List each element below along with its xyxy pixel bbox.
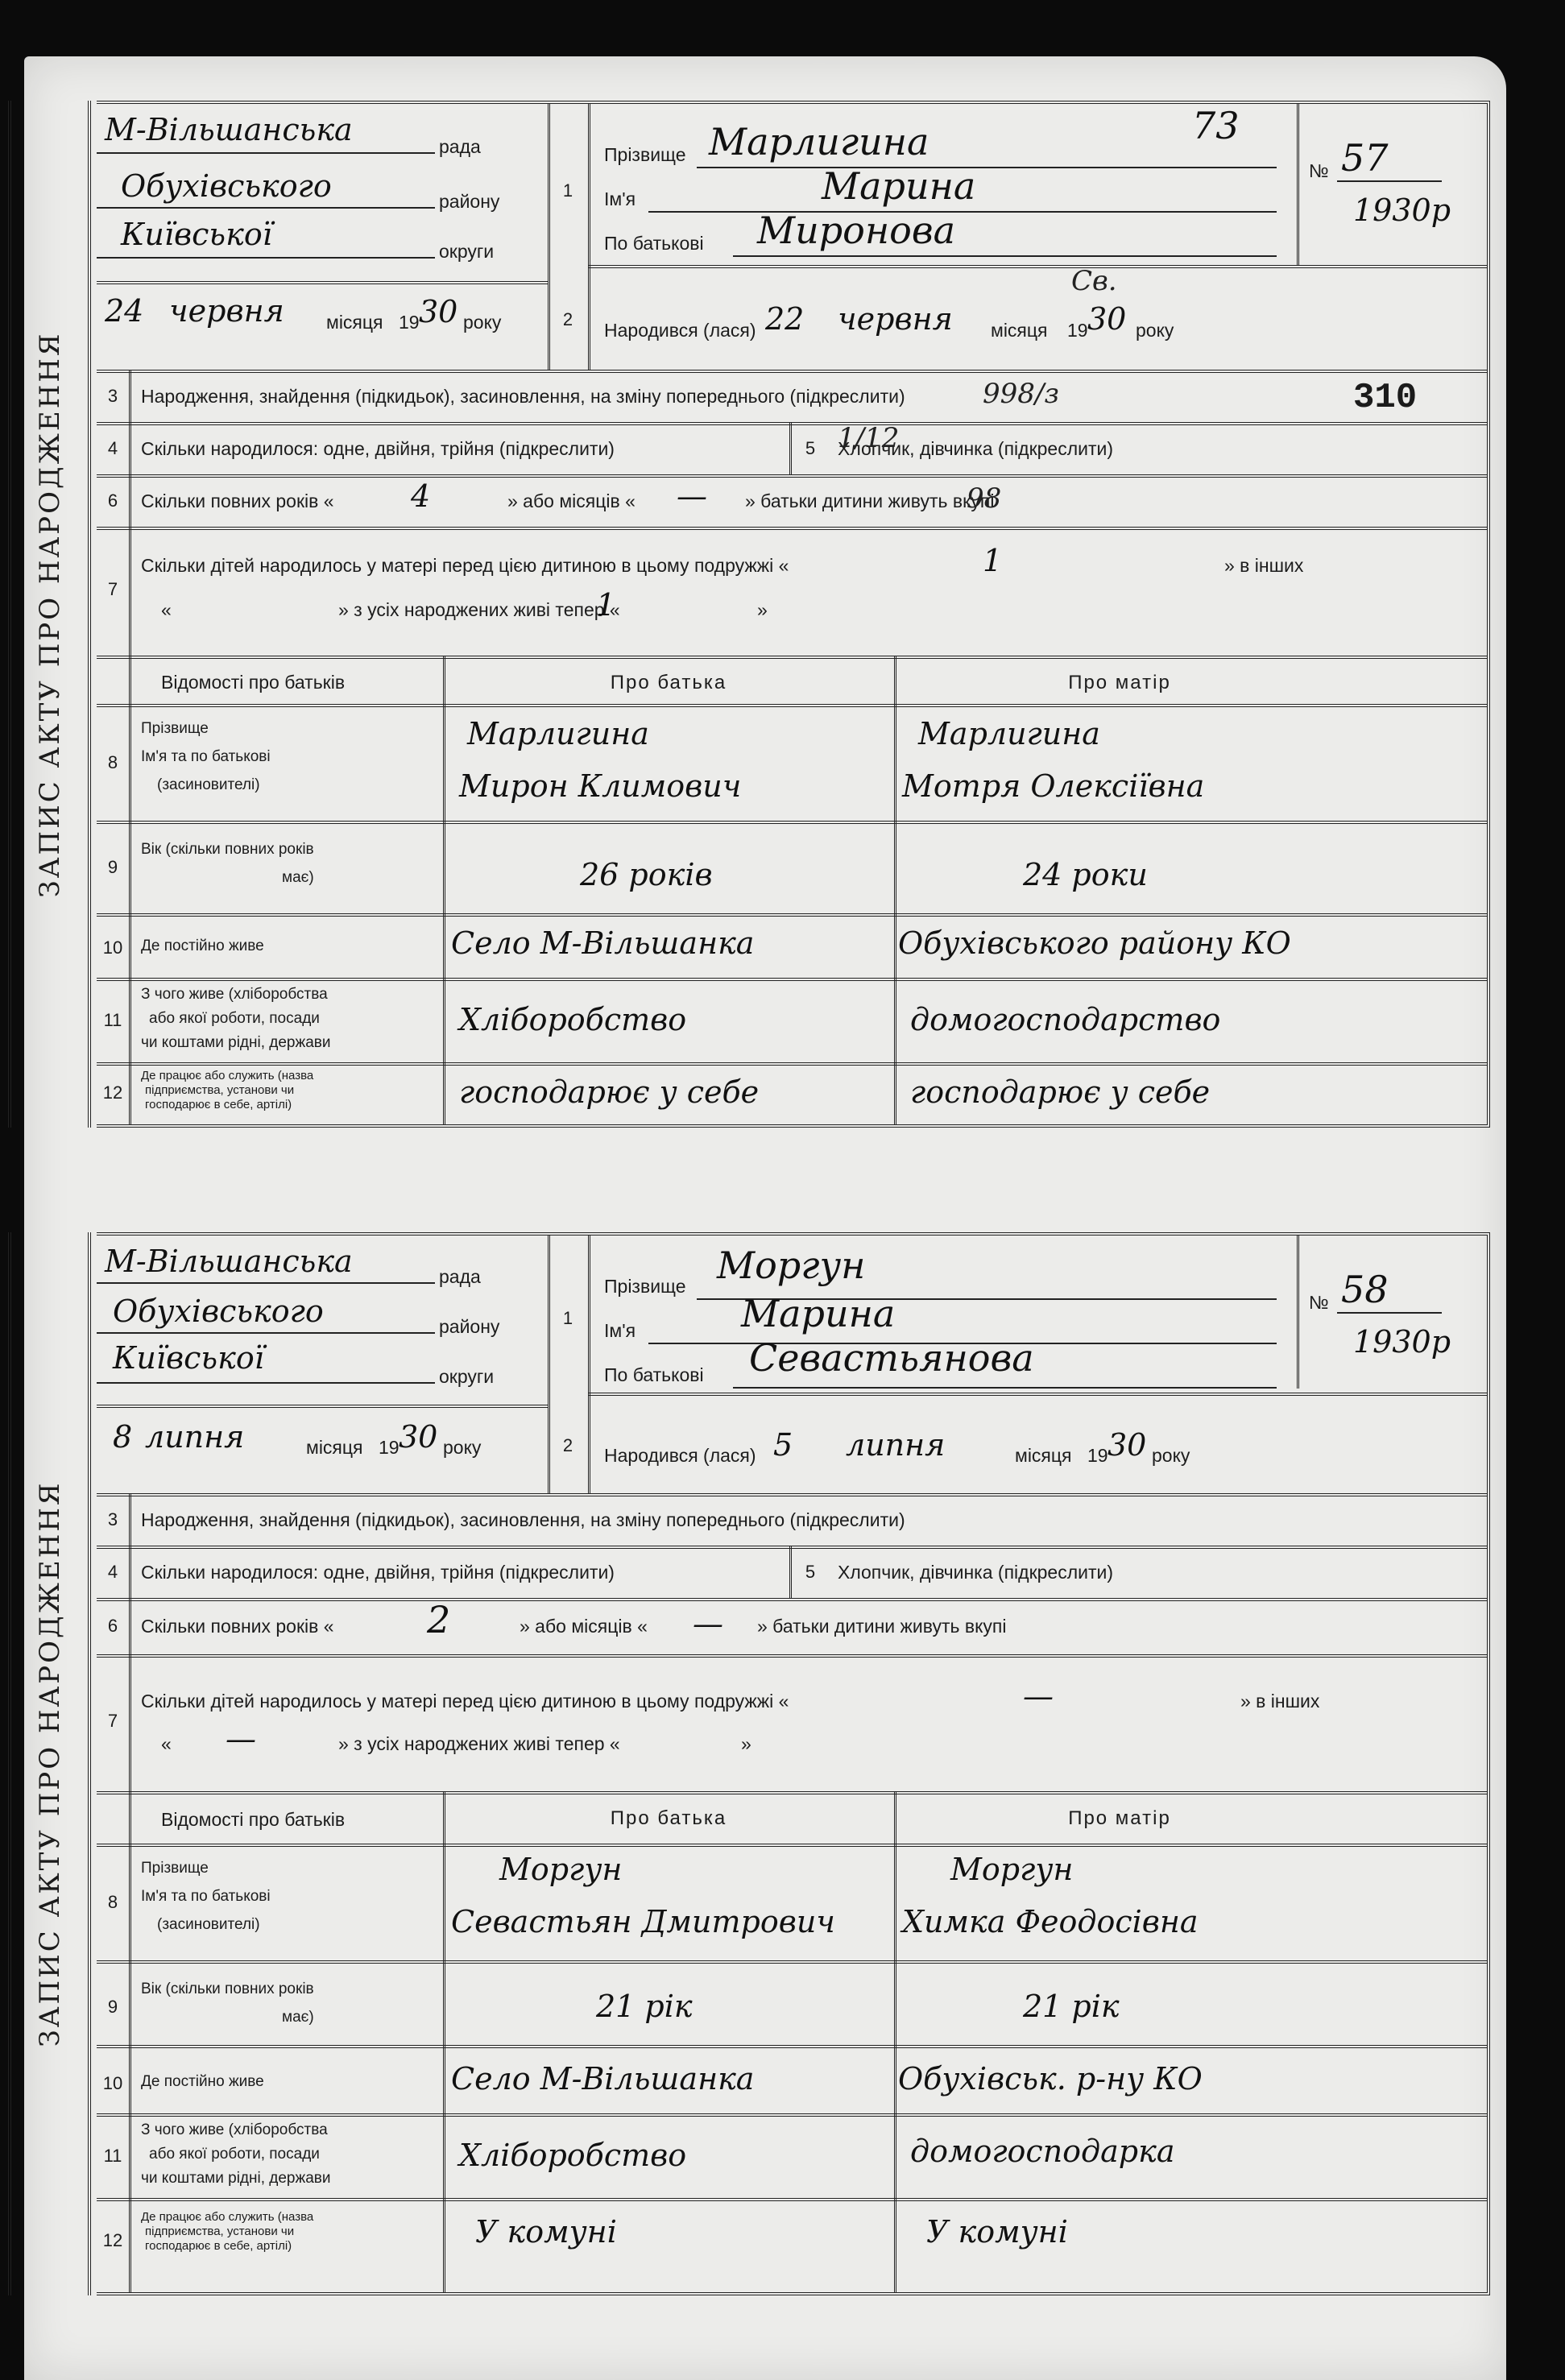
side-title: ЗАПИС АКТУ ПРО НАРОДЖЕННЯ <box>34 1481 66 2047</box>
margin-note-top: 73 <box>1192 104 1240 147</box>
father-workplace: господарює у себе <box>459 1074 759 1110</box>
child-surname: Марлигина <box>709 120 929 163</box>
birth-record-57: ЗАПИС АКТУ ПРО НАРОДЖЕННЯ М-Вільшанська … <box>97 101 1490 1128</box>
mother-occupation: домогосподарка <box>910 2134 1174 2169</box>
mother-name: Химка Феодосівна <box>902 1904 1199 1939</box>
mother-occupation: домогосподарство <box>910 1002 1220 1037</box>
mother-name: Мотря Олексіївна <box>902 768 1204 804</box>
rada-value: М-Вільшанська <box>105 1244 353 1279</box>
father-header: Про батька <box>443 672 894 694</box>
years-together: 4 <box>411 478 430 514</box>
row4-text: Скільки народилося: одне, двійня, трійня… <box>141 438 615 460</box>
registration-day: 8 <box>113 1419 132 1455</box>
side-title-band: ЗАПИС АКТУ ПРО НАРОДЖЕННЯ <box>8 1232 91 2295</box>
record-number-year: 1930р <box>1353 1324 1451 1360</box>
children-alive: 1 <box>596 587 615 623</box>
name-label: Ім'я <box>604 188 636 210</box>
years-together: 2 <box>427 1598 450 1641</box>
father-age: 26 років <box>580 857 713 892</box>
mother-surname: Марлигина <box>918 716 1100 751</box>
born-label: Народився (лася) <box>604 320 756 341</box>
record-table: М-Вільшанська рада Обухівського району К… <box>97 1232 1490 2295</box>
birth-year: 30 <box>1087 301 1126 337</box>
child-name: Марина <box>741 1292 895 1335</box>
children-before: 1 <box>983 543 1002 578</box>
father-occupation: Хліборобство <box>459 1002 686 1037</box>
children-other: — <box>226 1721 256 1757</box>
child-patronymic: Миронова <box>757 209 955 252</box>
mother-header: Про матір <box>894 672 1345 694</box>
registration-month: липня <box>145 1419 244 1455</box>
father-residence: Село М-Вільшанка <box>451 2061 754 2096</box>
rada-value: М-Вільшанська <box>105 112 353 147</box>
rada-label: рада <box>439 136 481 158</box>
mother-residence: Обухівськ. р-ну КО <box>898 2061 1203 2096</box>
father-surname: Моргун <box>499 1852 622 1887</box>
record-table: М-Вільшанська рада Обухівського району К… <box>97 101 1490 1128</box>
month-label: місяця <box>326 312 383 333</box>
birth-month: липня <box>846 1427 945 1463</box>
mother-age: 24 роки <box>1023 857 1148 892</box>
child-surname: Моргун <box>717 1244 865 1287</box>
father-workplace: У комуні <box>475 2214 617 2250</box>
months-together: — <box>693 1606 723 1641</box>
okruha-value: Київської <box>113 1340 264 1376</box>
mother-workplace: У комуні <box>926 2214 1068 2250</box>
registration-year: 30 <box>399 1419 437 1455</box>
record-number: 58 <box>1341 1268 1389 1311</box>
record-number-year: 1930р <box>1353 192 1451 228</box>
father-occupation: Хліборобство <box>459 2138 686 2173</box>
side-title-band: ЗАПИС АКТУ ПРО НАРОДЖЕННЯ <box>8 101 91 1128</box>
margin-note: Св. <box>1071 265 1117 297</box>
father-age: 21 рік <box>596 1989 693 2024</box>
registration-month: червня <box>169 293 284 329</box>
mother-workplace: господарює у себе <box>910 1074 1210 1110</box>
children-before: — <box>1023 1678 1054 1714</box>
registration-year: 30 <box>419 294 457 329</box>
registration-day: 24 <box>105 293 143 329</box>
okruha-label: округи <box>439 241 494 263</box>
father-name: Мирон Климович <box>459 768 741 804</box>
father-name: Севастьян Дмитрович <box>451 1904 835 1939</box>
archive-stamp: 310 <box>1353 378 1417 418</box>
parents-header: Відомості про батьків <box>161 672 345 693</box>
birth-record-58: ЗАПИС АКТУ ПРО НАРОДЖЕННЯ М-Вільшанська … <box>97 1232 1490 2295</box>
raion-label: району <box>439 191 499 213</box>
mother-surname: Моргун <box>950 1852 1073 1887</box>
patronymic-label: По батькові <box>604 233 704 255</box>
raion-value: Обухівського <box>121 168 332 204</box>
side-title: ЗАПИС АКТУ ПРО НАРОДЖЕННЯ <box>34 331 66 897</box>
birth-day: 22 <box>765 301 804 337</box>
birth-day: 5 <box>773 1427 793 1463</box>
okruha-value: Київської <box>121 217 272 252</box>
surname-label: Прізвище <box>604 144 686 166</box>
mother-age: 21 рік <box>1023 1989 1120 2024</box>
child-name: Марина <box>822 164 975 208</box>
record-number: 57 <box>1341 136 1389 180</box>
birth-month: червня <box>838 301 953 337</box>
child-patronymic: Севастьянова <box>749 1336 1034 1380</box>
father-residence: Село М-Вільшанка <box>451 925 754 961</box>
birth-year: 30 <box>1108 1427 1146 1463</box>
mother-residence: Обухівського району КО <box>898 925 1291 961</box>
number-label: № <box>1309 160 1329 182</box>
months-together: — <box>677 478 707 514</box>
row3-text: Народження, знайдення (підкидьок), засин… <box>141 386 905 408</box>
raion-value: Обухівського <box>113 1293 324 1329</box>
father-surname: Марлигина <box>467 716 649 751</box>
